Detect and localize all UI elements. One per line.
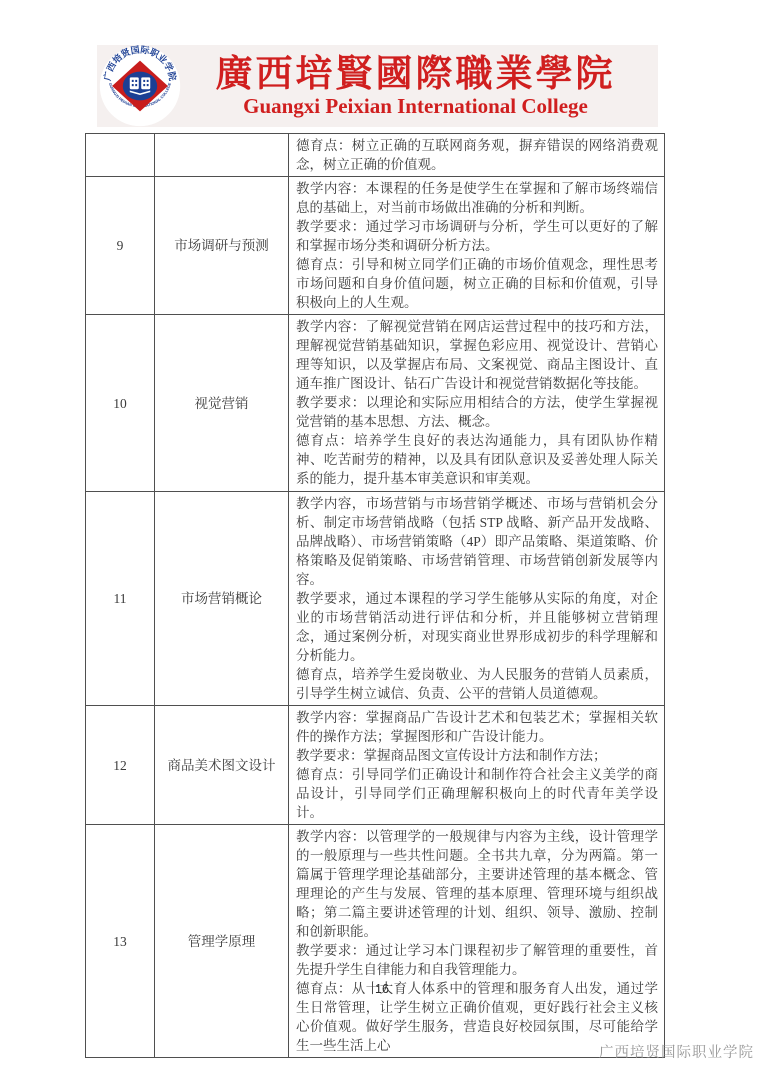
course-description: 教学内容，市场营销与市场营销学概述、市场与营销机会分析、制定市场营销战略（包括 …: [289, 492, 665, 706]
teaching-content: 教学内容：掌握商品广告设计艺术和包装艺术；掌握相关软件的操作方法；掌握图形和广告…: [296, 708, 658, 746]
watermark-college-name: 广西培贤国际职业学院: [599, 1041, 754, 1062]
course-name: 市场调研与预测: [155, 177, 289, 315]
course-number: 13: [86, 825, 155, 1058]
course-description: 教学内容：掌握商品广告设计艺术和包装艺术；掌握相关软件的操作方法；掌握图形和广告…: [289, 706, 665, 825]
teaching-requirement: 教学要求：掌握商品图文宣传设计方法和制作方法；: [296, 746, 658, 765]
moral-point: 德育点：引导和树立同学们正确的市场价值观念，理性思考市场问题和自身价值问题，树立…: [296, 255, 658, 312]
teaching-requirement: 教学要求：通过学习市场调研与分析，学生可以更好的了解和掌握市场分类和调研分析方法…: [296, 217, 658, 255]
course-description: 教学内容：了解视觉营销在网店运营过程中的技巧和方法，理解视觉营销基础知识，掌握色…: [289, 315, 665, 492]
college-title-english: Guangxi Peixian International College: [181, 96, 650, 117]
course-number: [86, 134, 155, 177]
college-seal-icon: 广西培贤国际职业学院 GUANGXI PEIXIAN INTERNATIONAL…: [99, 45, 181, 127]
table-row: 9 市场调研与预测 教学内容：本课程的任务是使学生在掌握和了解市场终端信息的基础…: [86, 177, 665, 315]
teaching-requirement: 教学要求，通过本课程的学习学生能够从实际的角度，对企业的市场营销活动进行评估和分…: [296, 589, 658, 665]
teaching-requirement: 教学要求：以理论和实际应用相结合的方法，使学生掌握视觉营销的基本思想、方法、概念…: [296, 393, 658, 431]
moral-point: 德育点：树立正确的互联网商务观，摒弃错误的网络消费观念，树立正确的价值观。: [296, 136, 658, 174]
page-number: 16: [0, 982, 764, 996]
moral-point: 德育点：培养学生良好的表达沟通能力，具有团队协作精神、吃苦耐劳的精神，以及具有团…: [296, 431, 658, 488]
course-name: 商品美术图文设计: [155, 706, 289, 825]
course-number: 10: [86, 315, 155, 492]
course-name: [155, 134, 289, 177]
teaching-requirement: 教学要求：通过让学习本门课程初步了解管理的重要性，首先提升学生自律能力和自我管理…: [296, 941, 658, 979]
course-description: 德育点：树立正确的互联网商务观，摒弃错误的网络消费观念，树立正确的价值观。: [289, 134, 665, 177]
logo-ellipse: [123, 72, 157, 101]
table-row: 德育点：树立正确的互联网商务观，摒弃错误的网络消费观念，树立正确的价值观。: [86, 134, 665, 177]
college-header-band: 广西培贤国际职业学院 GUANGXI PEIXIAN INTERNATIONAL…: [97, 45, 658, 127]
teaching-content: 教学内容：本课程的任务是使学生在掌握和了解市场终端信息的基础上，对当前市场做出准…: [296, 179, 658, 217]
course-description: 教学内容：本课程的任务是使学生在掌握和了解市场终端信息的基础上，对当前市场做出准…: [289, 177, 665, 315]
course-number: 11: [86, 492, 155, 706]
teaching-content: 教学内容，市场营销与市场营销学概述、市场与营销机会分析、制定市场营销战略（包括 …: [296, 494, 658, 589]
college-title-chinese: 廣西培賢國際職業學院: [181, 56, 650, 93]
moral-point: 德育点：引导同学们正确设计和制作符合社会主义美学的商品设计，引导同学们正确理解积…: [296, 765, 658, 822]
table-row: 13 管理学原理 教学内容：以管理学的一般规律与内容为主线，设计管理学的一般原理…: [86, 825, 665, 1058]
course-number: 12: [86, 706, 155, 825]
course-number: 9: [86, 177, 155, 315]
teaching-content: 教学内容：以管理学的一般规律与内容为主线，设计管理学的一般原理与一些共性问题。全…: [296, 827, 658, 941]
table-row: 11 市场营销概论 教学内容，市场营销与市场营销学概述、市场与营销机会分析、制定…: [86, 492, 665, 706]
course-table: 德育点：树立正确的互联网商务观，摒弃错误的网络消费观念，树立正确的价值观。 9 …: [85, 133, 665, 1058]
teaching-content: 教学内容：了解视觉营销在网店运营过程中的技巧和方法，理解视觉营销基础知识，掌握色…: [296, 317, 658, 393]
course-description: 教学内容：以管理学的一般规律与内容为主线，设计管理学的一般原理与一些共性问题。全…: [289, 825, 665, 1058]
course-name: 视觉营销: [155, 315, 289, 492]
moral-point: 德育点，培养学生爱岗敬业、为人民服务的营销人员素质，引导学生树立诚信、负责、公平…: [296, 665, 658, 703]
table-row: 10 视觉营销 教学内容：了解视觉营销在网店运营过程中的技巧和方法，理解视觉营销…: [86, 315, 665, 492]
course-name: 市场营销概论: [155, 492, 289, 706]
course-name: 管理学原理: [155, 825, 289, 1058]
college-logo: 广西培贤国际职业学院 GUANGXI PEIXIAN INTERNATIONAL…: [99, 45, 181, 127]
college-titles: 廣西培賢國際職業學院 Guangxi Peixian International…: [181, 56, 658, 117]
table-row: 12 商品美术图文设计 教学内容：掌握商品广告设计艺术和包装艺术；掌握相关软件的…: [86, 706, 665, 825]
